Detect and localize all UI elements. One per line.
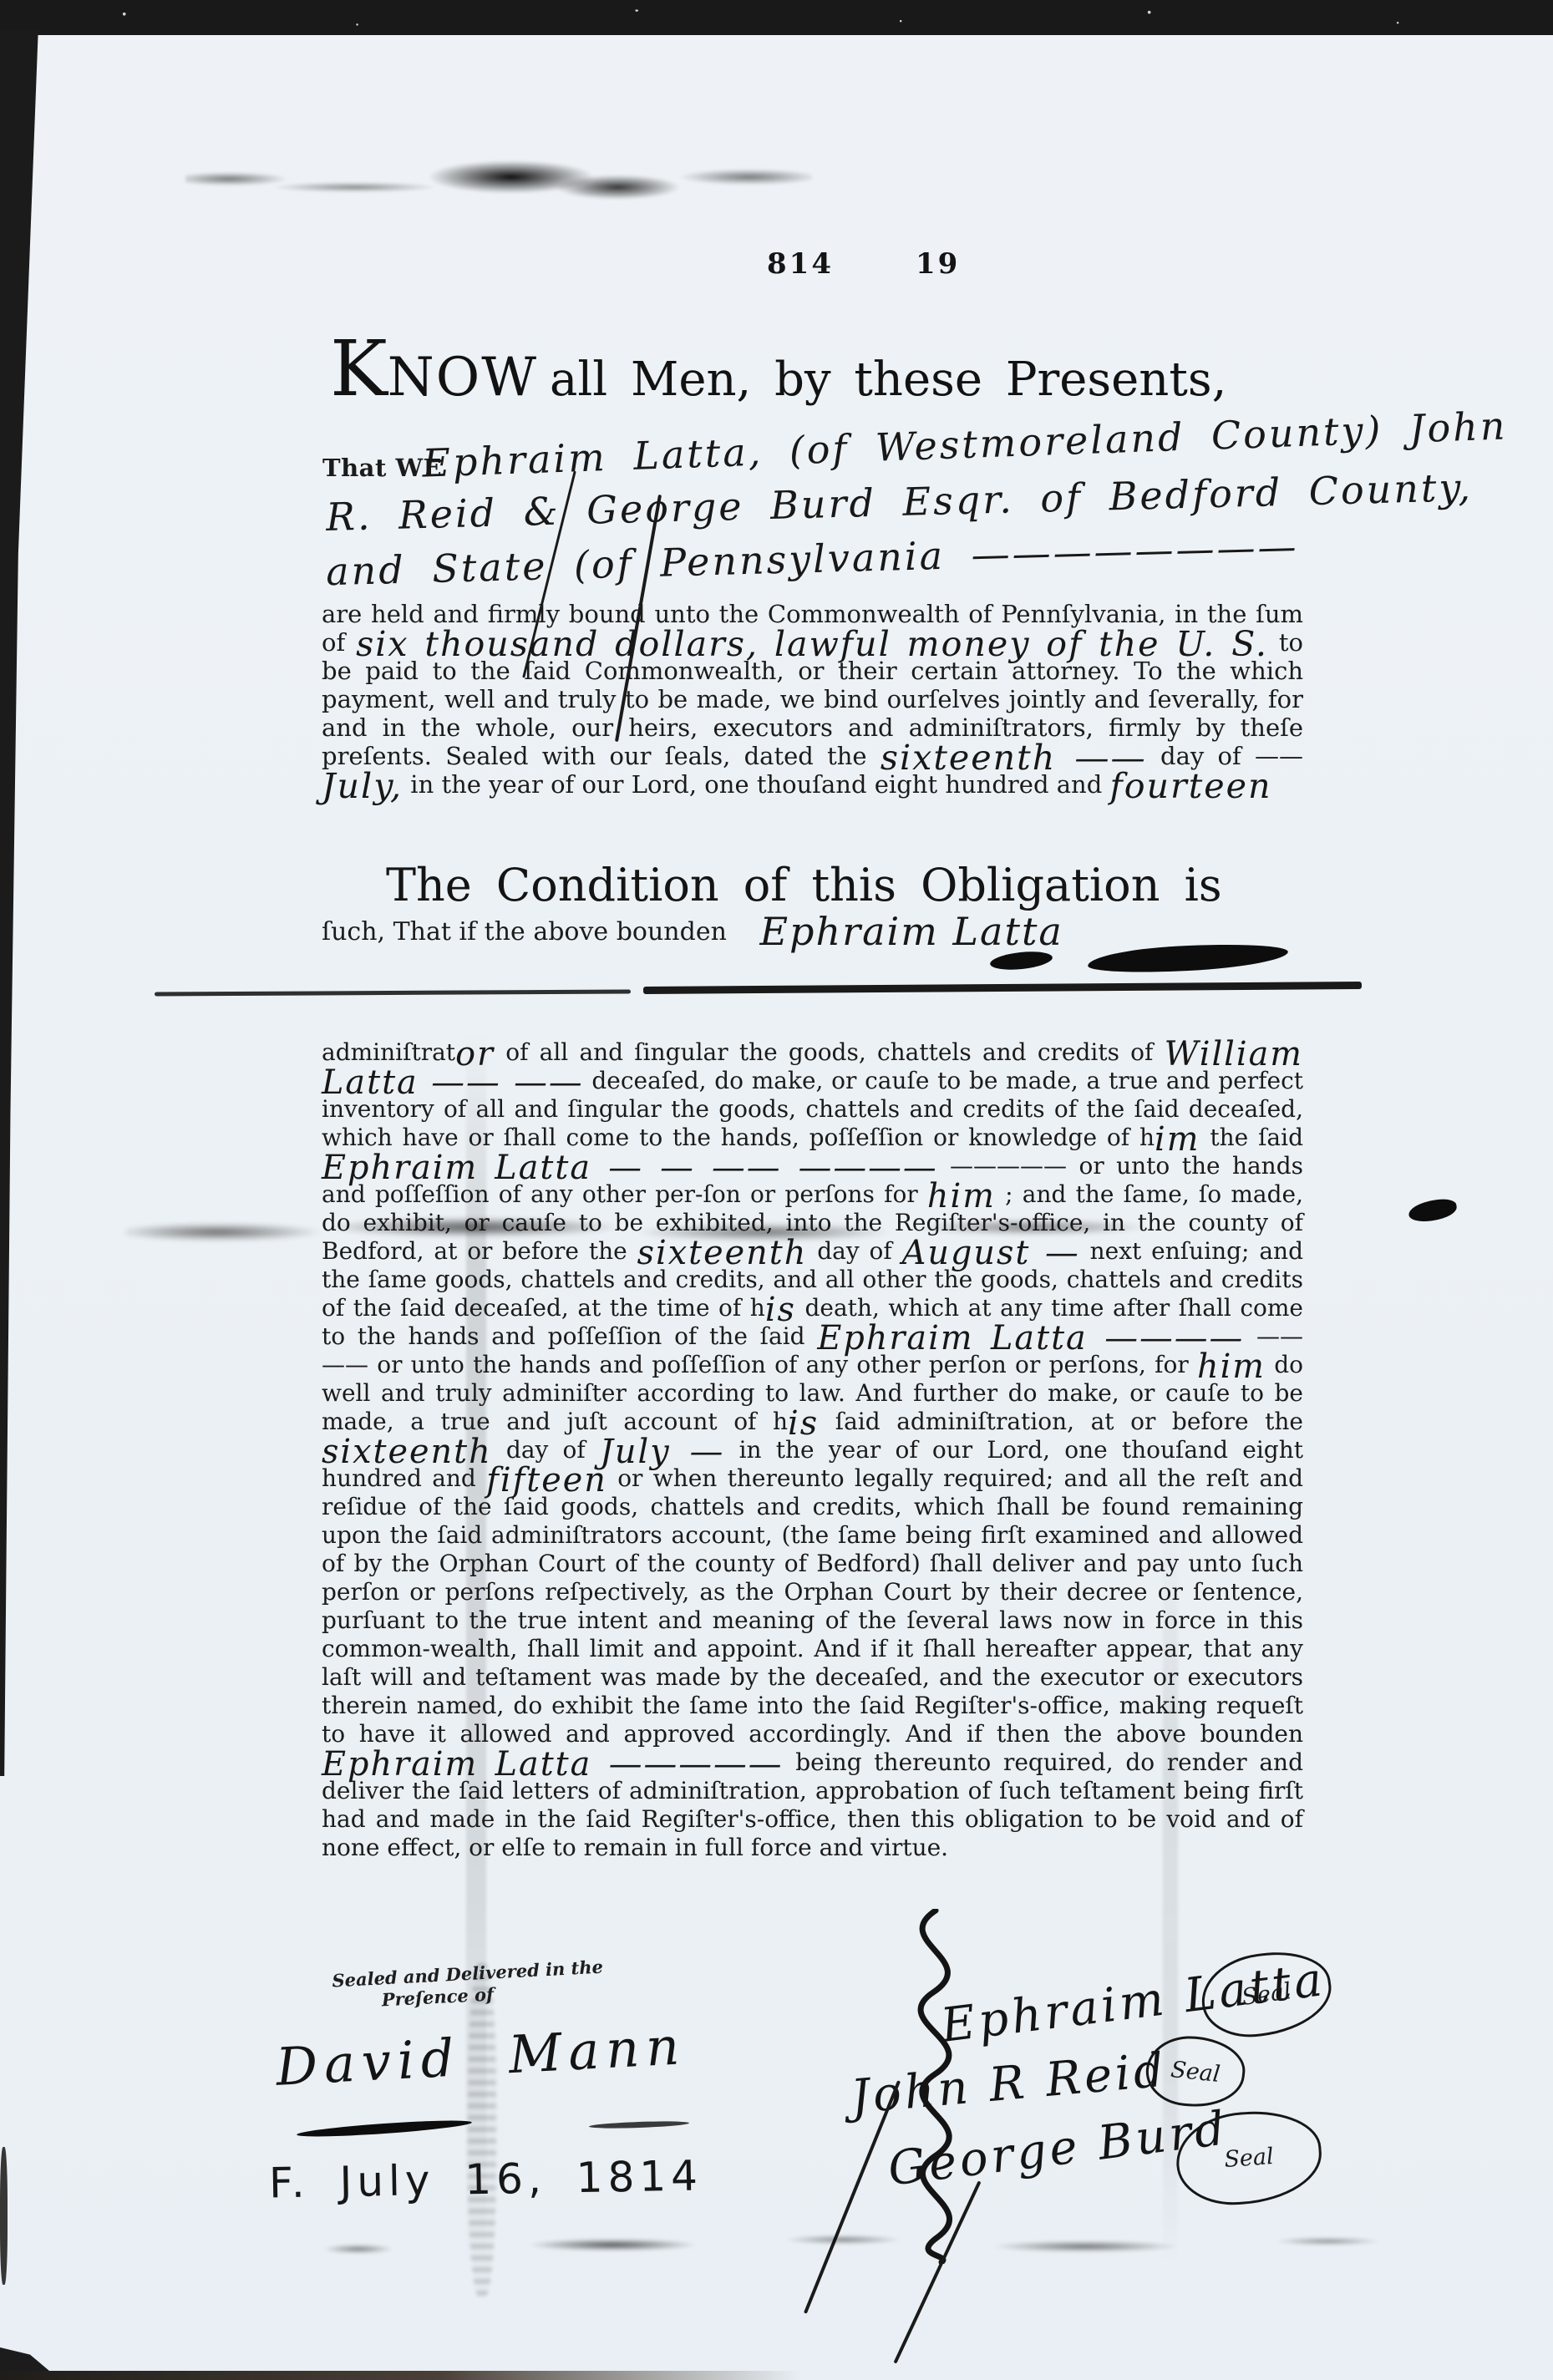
ink-smudge-band	[185, 150, 812, 214]
printed-text: in the year of our Lord, one thouſand ei…	[403, 770, 1109, 799]
seal-label: Seal	[1170, 2056, 1221, 2087]
seal-label: Seal	[1223, 2143, 1274, 2172]
scanned-document-page: 814 19 KNOWall Men, by these Presents, T…	[0, 0, 1553, 2380]
title-smallcaps: NOW	[388, 347, 538, 409]
title-drop-cap: K	[330, 324, 388, 414]
condition-paragraph: adminiſtrator of all and ſingular the go…	[322, 1038, 1303, 1862]
condition-intro-printed: ſuch, That if the above bounden	[322, 917, 727, 946]
handwritten-entry: fourteen	[1109, 766, 1271, 806]
seal-label: Seal	[1241, 1978, 1293, 2011]
scan-edge-bottom	[0, 2371, 802, 2380]
condition-heading: The Condition of this Obligation is	[386, 859, 1222, 911]
printed-text: adminiſtrat	[322, 1038, 455, 1066]
filing-note: F. July 16, 1814	[269, 2151, 703, 2207]
speckle-band-bottom	[213, 2218, 1424, 2270]
printed-text: of all and ſingular the goods, chattels …	[495, 1038, 1165, 1066]
witness-signature: David Mann	[274, 2015, 687, 2098]
fold-crease-line	[155, 990, 631, 997]
condition-intro: ſuch, That if the above bounden Ephraim …	[322, 917, 1063, 946]
printed-text: ſaid adminiſtration, at or before the	[819, 1408, 1303, 1435]
fold-crease-line	[643, 982, 1362, 994]
scan-edge-top	[0, 0, 1553, 35]
handwritten-entry: July,	[322, 766, 403, 806]
ink-blot	[1087, 941, 1288, 977]
ink-blot	[1408, 1197, 1459, 1224]
page-number-right: 19	[916, 247, 960, 281]
printed-text: or when thereunto legally required; and …	[322, 1464, 1303, 1748]
printed-text: day of	[492, 1436, 600, 1464]
page-number-left: 814	[767, 247, 834, 281]
witness-caption: Sealed and Delivered in the Preſence of	[332, 1956, 605, 2014]
scan-edge-left	[0, 30, 43, 1776]
smudged-text-band	[125, 1205, 1287, 1254]
signature-flourish-dash	[589, 2120, 689, 2129]
condition-intro-name: Ephraim Latta	[759, 909, 1063, 954]
scan-edge-left-lower	[0, 2147, 8, 2285]
document-title: KNOWall Men, by these Presents,	[330, 344, 1226, 409]
title-rest: all Men, by these Presents,	[550, 353, 1226, 407]
signature-flourish-dash	[297, 2118, 472, 2140]
bond-paragraph: are held and firmly bound unto the Commo…	[322, 600, 1303, 799]
printed-text: the ſaid	[1200, 1124, 1303, 1151]
